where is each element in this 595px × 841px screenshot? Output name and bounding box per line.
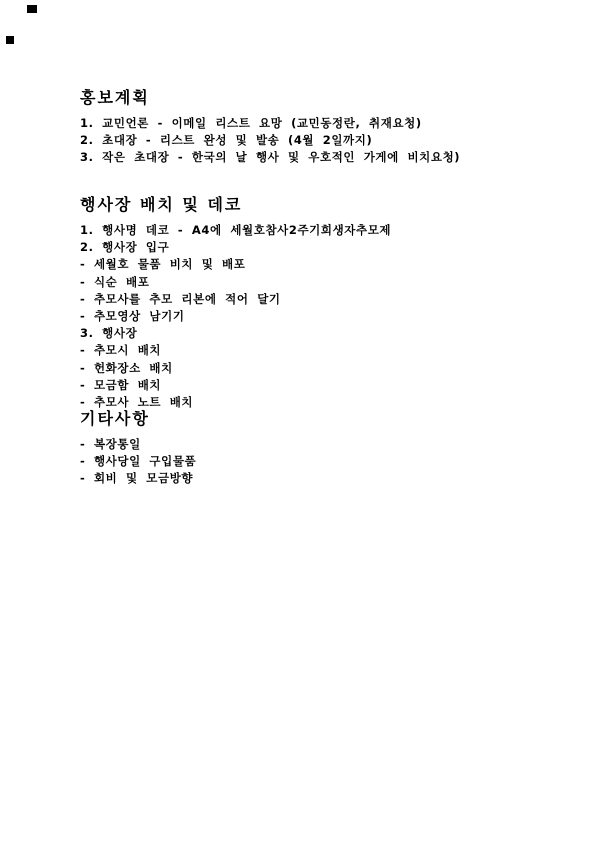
section-heading-other-matters: 기타사항: [80, 409, 550, 428]
list-item: 1. 행사명 데코 - A4에 세월호참사2주기희생자추모제: [80, 222, 550, 239]
list-item: 3. 작은 초대장 - 한국의 날 행사 및 우호적인 가게에 비치요청): [80, 149, 550, 166]
list-item: - 추모시 배치: [80, 342, 550, 359]
scan-mark-left: [6, 36, 14, 44]
scan-mark-top: [27, 5, 37, 13]
list-item: 2. 행사장 입구: [80, 239, 550, 256]
section-promotion-plan: 홍보계획 1. 교민언론 - 이메일 리스트 요망 (교민동정란, 취재요청) …: [80, 88, 550, 167]
list-item: - 세월호 물품 비치 및 배포: [80, 256, 550, 273]
section-heading-venue-layout-deco: 행사장 배치 및 데코: [80, 195, 550, 214]
list-item: - 식순 배포: [80, 274, 550, 291]
list-item: - 추모사를 추모 리본에 적어 달기: [80, 291, 550, 308]
section-venue-layout-deco: 행사장 배치 및 데코 1. 행사명 데코 - A4에 세월호참사2주기희생자추…: [80, 195, 550, 411]
document-page: 홍보계획 1. 교민언론 - 이메일 리스트 요망 (교민동정란, 취재요청) …: [0, 0, 595, 841]
list-item: 3. 행사장: [80, 325, 550, 342]
list-item: - 회비 및 모금방향: [80, 470, 550, 487]
list-item: 1. 교민언론 - 이메일 리스트 요망 (교민동정란, 취재요청): [80, 115, 550, 132]
list-item: 2. 초대장 - 리스트 완성 및 발송 (4월 2일까지): [80, 132, 550, 149]
list-item: - 추모영상 남기기: [80, 308, 550, 325]
list-item: - 모금함 배치: [80, 377, 550, 394]
list-item: - 복장통일: [80, 436, 550, 453]
section-heading-promotion-plan: 홍보계획: [80, 88, 550, 107]
section-other-matters: 기타사항 - 복장통일 - 행사당일 구입물품 - 회비 및 모금방향: [80, 409, 550, 488]
list-item: - 헌화장소 배치: [80, 360, 550, 377]
list-item: - 행사당일 구입물품: [80, 453, 550, 470]
